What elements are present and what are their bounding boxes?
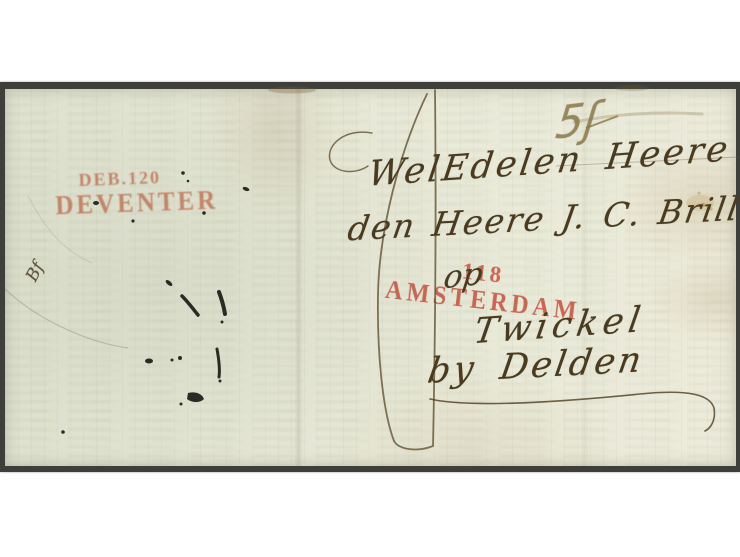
letter-cover-photo-page: DEB.120 DEVENTER 118 AMSTERDAM (0, 0, 740, 557)
photo-mount-border (0, 82, 740, 472)
letter-paper (5, 89, 736, 466)
showthrough-texture-2 (5, 89, 736, 466)
fold-crease (580, 89, 589, 466)
fold-crease (294, 89, 303, 466)
